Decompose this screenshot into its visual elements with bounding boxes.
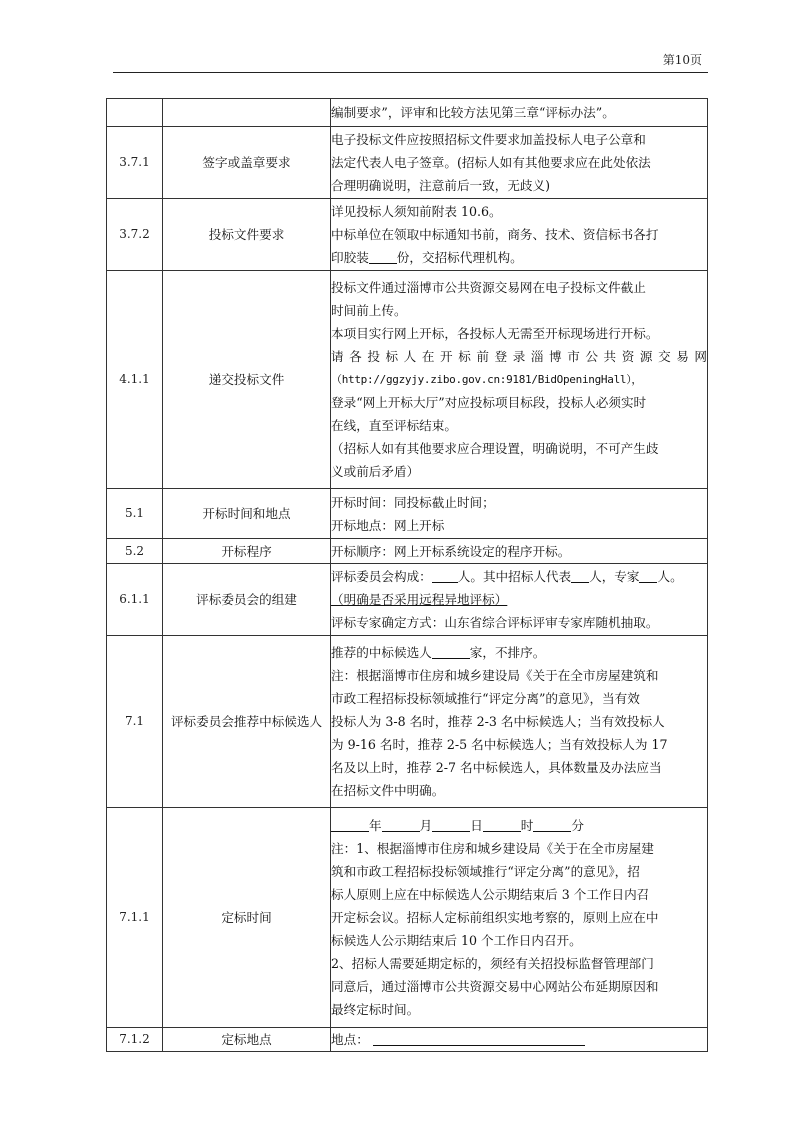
content-text: 评标委员会构成： <box>331 569 432 584</box>
clause-id: 5.2 <box>107 539 163 564</box>
content-text: 时 <box>521 818 534 833</box>
content-line: 合理明确说明，注意前后一致，无歧义) <box>331 174 707 197</box>
table-row: 7.1.1 定标时间 年月日时分 注：1、根据淄博市住房和城乡建设局《关于在全市… <box>107 808 708 1028</box>
minute-blank <box>533 817 571 832</box>
content-line: 编制要求”，评审和比较方法见第三章“评标办法”。 <box>331 101 707 124</box>
tenderee-reps-blank <box>571 568 589 583</box>
table-row: 3.7.2 投标文件要求 详见投标人须知前附表 10.6。 中标单位在领取中标通… <box>107 199 708 271</box>
experts-blank <box>639 568 657 583</box>
content-text: 分 <box>571 818 584 833</box>
candidates-blank <box>432 644 470 659</box>
content-line: 名及以上时，推荐 2-7 名中标候选人，具体数量及办法应当 <box>331 756 707 779</box>
content-line: 投标文件通过淄博市公共资源交易网在电子投标文件截止 <box>331 276 707 299</box>
content-line: 年月日时分 <box>331 814 707 837</box>
clause-id: 6.1.1 <box>107 564 163 636</box>
content-text: 家，不排序。 <box>470 645 546 660</box>
clause-id: 5.1 <box>107 489 163 539</box>
content-line: 印胶装份，交招标代理机构。 <box>331 246 707 269</box>
clause-id: 7.1.1 <box>107 808 163 1028</box>
header-rule <box>113 72 708 73</box>
clause-name: 开标时间和地点 <box>163 489 331 539</box>
clause-name: 签字或盖章要求 <box>163 127 331 199</box>
content-line: 本项目实行网上开标，各投标人无需至开标现场进行开标。 <box>331 322 707 345</box>
location-blank <box>373 1031 585 1046</box>
content-line: 同意后，通过淄博市公共资源交易中心网站公布延期原因和 <box>331 975 707 998</box>
content-line: 请各投标人在开标前登录淄博市公共资源交易网 <box>331 345 707 368</box>
clause-name: 评标委员会的组建 <box>163 564 331 636</box>
clause-name: 开标程序 <box>163 539 331 564</box>
content-line: 注：根据淄博市住房和城乡建设局《关于在全市房屋建筑和 <box>331 664 707 687</box>
content-line: 注：1、根据淄博市住房和城乡建设局《关于在全市房屋建 <box>331 837 707 860</box>
content-line: 中标单位在领取中标通知书前，商务、技术、资信标书各打 <box>331 223 707 246</box>
content-line: 评标委员会构成：人。其中招标人代表人，专家人。 <box>331 565 707 588</box>
clause-content: 推荐的中标候选人家，不排序。 注：根据淄博市住房和城乡建设局《关于在全市房屋建筑… <box>331 636 708 808</box>
clause-id: 7.1.2 <box>107 1028 163 1052</box>
page-number: 第10页 <box>663 51 702 68</box>
content-line: 为 9-16 名时，推荐 2-5 名中标候选人；当有效投标人为 17 <box>331 733 707 756</box>
content-text: 月 <box>420 818 433 833</box>
clause-id: 3.7.1 <box>107 127 163 199</box>
content-text: 人。 <box>657 569 682 584</box>
content-line: 市政工程招标投标领域推行“评定分离”的意见》，当有效 <box>331 687 707 710</box>
day-blank <box>432 817 470 832</box>
clause-content: 开标时间：同投标截止时间； 开标地点：网上开标 <box>331 489 708 539</box>
table-row: 6.1.1 评标委员会的组建 评标委员会构成：人。其中招标人代表人，专家人。 （… <box>107 564 708 636</box>
clause-name: 定标时间 <box>163 808 331 1028</box>
content-line: 开标时间：同投标截止时间； <box>331 491 707 514</box>
month-blank <box>382 817 420 832</box>
content-line: 登录“网上开标大厅”对应投标项目标段，投标人必须实时 <box>331 391 707 414</box>
content-text: 日 <box>470 818 483 833</box>
clause-id: 4.1.1 <box>107 271 163 489</box>
content-line: 2、招标人需要延期定标的，须经有关招投标监督管理部门 <box>331 952 707 975</box>
table-row: 5.1 开标时间和地点 开标时间：同投标截止时间； 开标地点：网上开标 <box>107 489 708 539</box>
hour-blank <box>483 817 521 832</box>
table-row: 7.1.2 定标地点 地点： <box>107 1028 708 1052</box>
content-line: 在线，直至评标结束。 <box>331 414 707 437</box>
clause-content: 编制要求”，评审和比较方法见第三章“评标办法”。 <box>331 99 708 127</box>
content-line: 时间前上传。 <box>331 299 707 322</box>
members-blank <box>432 568 458 583</box>
table-row: 4.1.1 递交投标文件 投标文件通过淄博市公共资源交易网在电子投标文件截止 时… <box>107 271 708 489</box>
clause-content: 年月日时分 注：1、根据淄博市住房和城乡建设局《关于在全市房屋建 筑和市政工程招… <box>331 808 708 1028</box>
clause-name: 评标委员会推荐中标候选人 <box>163 636 331 808</box>
page-header: 第10页 <box>113 44 708 74</box>
content-text: 印胶装 <box>331 250 369 265</box>
copies-blank <box>369 249 397 264</box>
content-line: （招标人如有其他要求应合理设置，明确说明，不可产生歧 <box>331 437 707 460</box>
content-line: 筑和市政工程招标投标领域推行“评定分离”的意见》，招 <box>331 860 707 883</box>
content-line: 详见投标人须知前附表 10.6。 <box>331 200 707 223</box>
content-line: 地点： <box>331 1028 707 1051</box>
table-row: 5.2 开标程序 开标顺序：网上开标系统设定的程序开标。 <box>107 539 708 564</box>
content-text: 份，交招标代理机构。 <box>397 250 523 265</box>
bid-data-table: 编制要求”，评审和比较方法见第三章“评标办法”。 3.7.1 签字或盖章要求 电… <box>106 98 708 1052</box>
content-line: 在招标文件中明确。 <box>331 779 707 802</box>
table-row: 编制要求”，评审和比较方法见第三章“评标办法”。 <box>107 99 708 127</box>
content-text: 年 <box>369 818 382 833</box>
clause-content: 评标委员会构成：人。其中招标人代表人，专家人。 （明确是否采用远程异地评标） 评… <box>331 564 708 636</box>
clause-content: 地点： <box>331 1028 708 1052</box>
clause-content: 投标文件通过淄博市公共资源交易网在电子投标文件截止 时间前上传。 本项目实行网上… <box>331 271 708 489</box>
clause-name: 递交投标文件 <box>163 271 331 489</box>
content-text: 地点： <box>331 1032 369 1047</box>
table-row: 7.1 评标委员会推荐中标候选人 推荐的中标候选人家，不排序。 注：根据淄博市住… <box>107 636 708 808</box>
content-line: 开标顺序：网上开标系统设定的程序开标。 <box>331 540 707 563</box>
content-line: 开定标会议。招标人定标前组织实地考察的，原则上应在中 <box>331 906 707 929</box>
bid-opening-url: （http://ggzyjy.zibo.gov.cn:9181/BidOpeni… <box>331 368 707 391</box>
content-line: （明确是否采用远程异地评标） <box>331 588 707 611</box>
year-blank <box>331 817 369 832</box>
content-line: 评标专家确定方式：山东省综合评标评审专家库随机抽取。 <box>331 611 707 634</box>
content-text: 人。其中招标人代表 <box>458 569 571 584</box>
content-text: 推荐的中标候选人 <box>331 645 432 660</box>
clause-id <box>107 99 163 127</box>
content-line: 标候选人公示期结束后 10 个工作日内召开。 <box>331 929 707 952</box>
content-line: 推荐的中标候选人家，不排序。 <box>331 641 707 664</box>
clause-name: 定标地点 <box>163 1028 331 1052</box>
clause-id: 3.7.2 <box>107 199 163 271</box>
clause-content: 详见投标人须知前附表 10.6。 中标单位在领取中标通知书前，商务、技术、资信标… <box>331 199 708 271</box>
clause-name: 投标文件要求 <box>163 199 331 271</box>
clause-id: 7.1 <box>107 636 163 808</box>
content-line: 最终定标时间。 <box>331 998 707 1021</box>
clause-content: 开标顺序：网上开标系统设定的程序开标。 <box>331 539 708 564</box>
content-text: 人，专家 <box>589 569 639 584</box>
content-line: 法定代表人电子签章。(招标人如有其他要求应在此处依法 <box>331 151 707 174</box>
content-line: 标人原则上应在中标候选人公示期结束后 3 个工作日内召 <box>331 883 707 906</box>
content-line: 开标地点：网上开标 <box>331 514 707 537</box>
content-line: 义或前后矛盾） <box>331 460 707 483</box>
table-row: 3.7.1 签字或盖章要求 电子投标文件应按照招标文件要求加盖投标人电子公章和 … <box>107 127 708 199</box>
content-line: 电子投标文件应按照招标文件要求加盖投标人电子公章和 <box>331 128 707 151</box>
content-line: 投标人为 3-8 名时，推荐 2-3 名中标候选人；当有效投标人 <box>331 710 707 733</box>
clause-name <box>163 99 331 127</box>
clause-content: 电子投标文件应按照招标文件要求加盖投标人电子公章和 法定代表人电子签章。(招标人… <box>331 127 708 199</box>
